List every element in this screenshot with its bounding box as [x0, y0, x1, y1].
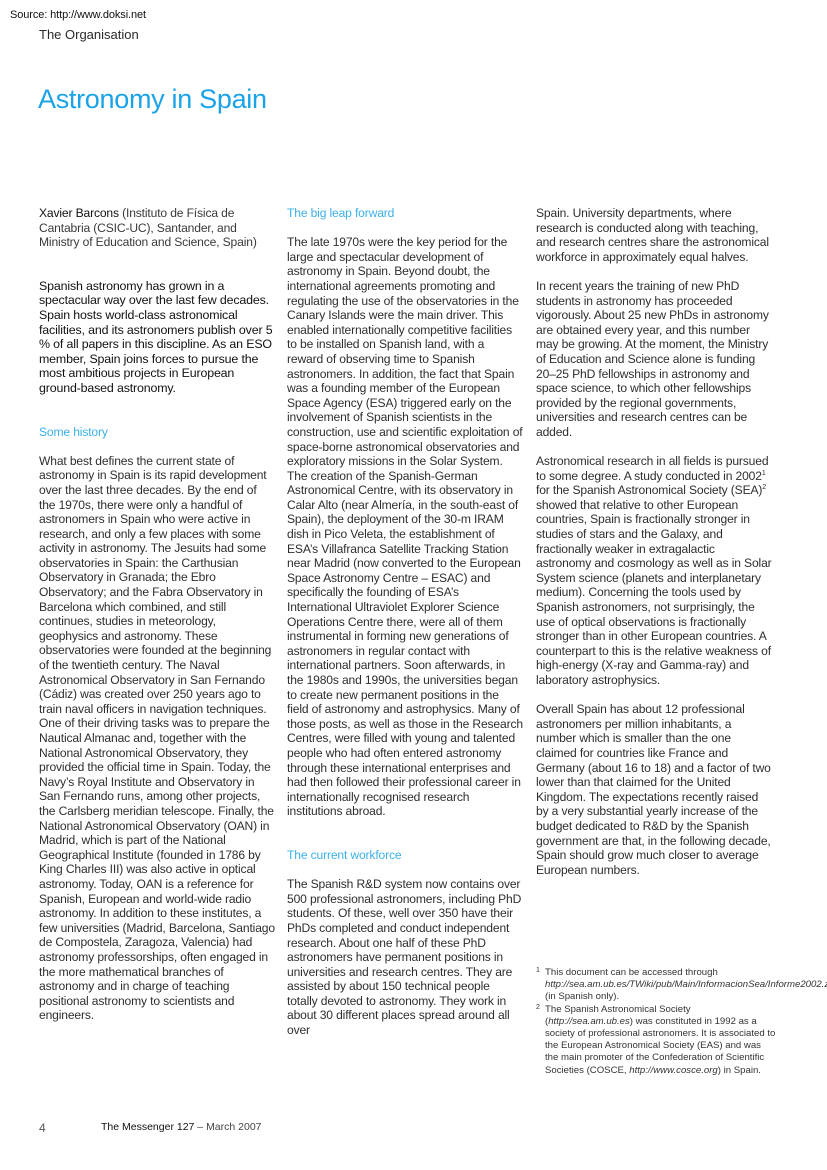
journal-date: – March 2007 — [194, 1121, 261, 1133]
footnote-1: 1This document can be accessed through h… — [536, 967, 776, 1004]
footnote-number: 1 — [536, 965, 540, 977]
footnote-number: 2 — [536, 1002, 540, 1014]
journal-footer: The Messenger 127 – March 2007 — [101, 1121, 262, 1133]
workforce-paragraph-cont: Spain. University departments, where res… — [536, 206, 772, 264]
source-line: Source: http://www.doksi.net — [10, 9, 146, 21]
intro-paragraph: Spanish astronomy has grown in a spectac… — [39, 279, 275, 396]
column-3: Spain. University departments, where res… — [536, 206, 772, 877]
workforce-paragraph-start: The Spanish R&D system now contains over… — [287, 877, 523, 1038]
footnotes: 1This document can be accessed through h… — [536, 967, 776, 1077]
footnote-2: 2The Spanish Astronomical Society (http:… — [536, 1004, 776, 1077]
research-text-2: for the Spanish Astronomical Society (SE… — [536, 483, 762, 497]
column-2: The big leap forward The late 1970s were… — [287, 206, 523, 1038]
research-text-1: Astronomical research in all fields is p… — [536, 454, 768, 483]
heading-big-leap-forward: The big leap forward — [287, 206, 523, 221]
footnote-link[interactable]: http://sea.am.ub.es/TWiki/pub/Main/Infor… — [545, 979, 827, 990]
section-label: The Organisation — [39, 27, 139, 42]
research-fields-paragraph: Astronomical research in all fields is p… — [536, 454, 772, 688]
footnote-link[interactable]: http://www.cosce.org — [629, 1065, 718, 1076]
big-leap-paragraph: The late 1970s were the key period for t… — [287, 235, 523, 819]
overall-paragraph: Overall Spain has about 12 professional … — [536, 702, 772, 877]
footnote-link[interactable]: http://sea.am.ub.es — [548, 1016, 630, 1027]
research-text-3: showed that relative to other European c… — [536, 498, 772, 687]
footnote-text: This document can be accessed through — [545, 967, 718, 978]
footnote-text: (in Spanish only). — [545, 991, 619, 1002]
page-number: 4 — [39, 1121, 46, 1135]
footnote-text: ) in Spain. — [718, 1065, 761, 1076]
history-paragraph: What best defines the current state of a… — [39, 454, 275, 1023]
column-1: Xavier Barcons (Instituto de Física de C… — [39, 206, 275, 1023]
heading-some-history: Some history — [39, 425, 275, 440]
author-line: Xavier Barcons (Instituto de Física de C… — [39, 206, 275, 250]
heading-current-workforce: The current workforce — [287, 848, 523, 863]
journal-name: The Messenger 127 — [101, 1121, 194, 1133]
footnote-ref-1[interactable]: 1 — [762, 470, 766, 477]
phd-training-paragraph: In recent years the training of new PhD … — [536, 279, 772, 440]
author-name: Xavier Barcons — [39, 206, 119, 220]
page-title: Astronomy in Spain — [38, 84, 267, 115]
footnote-ref-2[interactable]: 2 — [762, 484, 766, 491]
